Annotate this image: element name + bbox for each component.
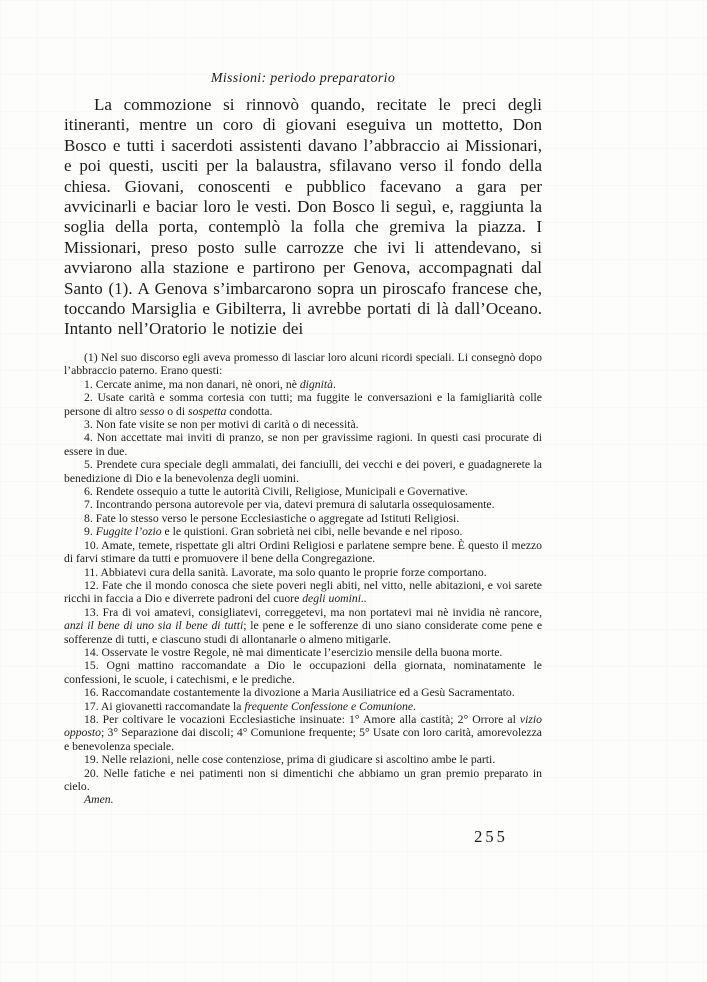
footnote-text: 7. Incontrando persona autorevole per vi… — [84, 498, 495, 511]
footnote-intro: (1) Nel suo discorso egli aveva promesso… — [64, 351, 542, 378]
footnote-item: 16. Raccomandate costantemente la divozi… — [64, 686, 542, 699]
footnote-text: 9. — [84, 525, 96, 538]
page-number: 255 — [462, 827, 520, 847]
footnote-text: . — [413, 700, 416, 713]
footnote-item: 10. Amate, temete, rispettate gli altri … — [64, 539, 542, 566]
footnote-items: 1. Cercate anime, ma non danari, nè onor… — [64, 378, 542, 794]
footnote-text: e le quistioni. Gran sobrietà nei cibi, … — [162, 525, 463, 538]
footnote-italic-text: degli uomini.. — [302, 592, 367, 605]
footnote-item: 17. Ai giovanetti raccomandate la freque… — [64, 700, 542, 713]
footnote-text: 2. Usate carità e somma cortesia con tut… — [64, 391, 542, 417]
footnote-item: 7. Incontrando persona autorevole per vi… — [64, 498, 542, 511]
footnote-text: 18. Per coltivare le vocazioni Ecclesias… — [84, 713, 520, 726]
footnote-text: 3. Non fate visite se non per motivi di … — [84, 418, 359, 431]
footnote-item: 20. Nelle fatiche e nei patimenti non si… — [64, 767, 542, 794]
footnote-text: 19. Nelle relazioni, nelle cose contenzi… — [84, 753, 495, 766]
footnote-italic-text: frequente Confessione e Comunione — [244, 700, 413, 713]
footnote-text: 11. Abbiatevi cura della sanità. Lavorat… — [84, 566, 487, 579]
footnote-item: 6. Rendete ossequio a tutte le autorità … — [64, 485, 542, 498]
footnote-italic-text: anzi il bene di uno sia il bene di tutti — [64, 619, 243, 632]
footnote-italic-text: dignità — [300, 378, 333, 391]
footnote-text: 14. Osservate le vostre Regole, nè mai d… — [84, 646, 502, 659]
footnote-text: 1. Cercate anime, ma non danari, nè onor… — [84, 378, 300, 391]
footnote-text: condotta. — [226, 405, 272, 418]
footnote-text: 4. Non accettate mai inviti di pranzo, s… — [64, 431, 542, 457]
footnote-text: 13. Fra di voi amatevi, consigliatevi, c… — [84, 606, 542, 619]
footnote-item: 11. Abbiatevi cura della sanità. Lavorat… — [64, 566, 542, 579]
footnote-text: o di — [164, 405, 188, 418]
footnote-item: 15. Ogni mattino raccomandate a Dio le o… — [64, 659, 542, 686]
footnote-item: 19. Nelle relazioni, nelle cose contenzi… — [64, 753, 542, 766]
footnote-item: 12. Fate che il mondo conosca che siete … — [64, 579, 542, 606]
footnote-italic-text: sospetta — [188, 405, 226, 418]
footnote-block: (1) Nel suo discorso egli aveva promesso… — [64, 351, 542, 807]
footnote-text: 10. Amate, temete, rispettate gli altri … — [64, 539, 542, 565]
footnote-item: 3. Non fate visite se non per motivi di … — [64, 418, 542, 431]
amen-text: Amen. — [64, 793, 542, 806]
footnote-text: 5. Prendete cura speciale degli ammalati… — [64, 458, 542, 484]
footnote-text: 20. Nelle fatiche e nei patimenti non si… — [64, 767, 542, 793]
footnote-item: 5. Prendete cura speciale degli ammalati… — [64, 458, 542, 485]
footnote-text: 8. Fate lo stesso verso le persone Eccle… — [84, 512, 459, 525]
running-head: Missioni: periodo preparatorio — [64, 71, 542, 87]
footnote-item: 1. Cercate anime, ma non danari, nè onor… — [64, 378, 542, 391]
footnote-text: 17. Ai giovanetti raccomandate la — [84, 700, 244, 713]
footnote-text: ; 3° Separazione dai discoli; 4° Comunio… — [64, 726, 542, 752]
footnote-item: 14. Osservate le vostre Regole, nè mai d… — [64, 646, 542, 659]
book-page: Missioni: periodo preparatorio La commoz… — [0, 0, 707, 982]
footnote-italic-text: sesso — [140, 405, 165, 418]
footnote-text: 16. Raccomandate costantemente la divozi… — [84, 686, 515, 699]
footnote-item: 18. Per coltivare le vocazioni Ecclesias… — [64, 713, 542, 753]
body-paragraph: La commozione si rinnovò quando, recitat… — [64, 95, 542, 340]
footnote-text: 6. Rendete ossequio a tutte le autorità … — [84, 485, 468, 498]
footnote-item: 13. Fra di voi amatevi, consigliatevi, c… — [64, 606, 542, 646]
footnote-item: 9. Fuggite l’ozio e le quistioni. Gran s… — [64, 525, 542, 538]
footnote-text: . — [333, 378, 336, 391]
footnote-item: 2. Usate carità e somma cortesia con tut… — [64, 391, 542, 418]
footnote-item: 4. Non accettate mai inviti di pranzo, s… — [64, 431, 542, 458]
footnote-text: 15. Ogni mattino raccomandate a Dio le o… — [64, 659, 542, 685]
footnote-italic-text: Fuggite l’ozio — [96, 525, 162, 538]
footnote-item: 8. Fate lo stesso verso le persone Eccle… — [64, 512, 542, 525]
